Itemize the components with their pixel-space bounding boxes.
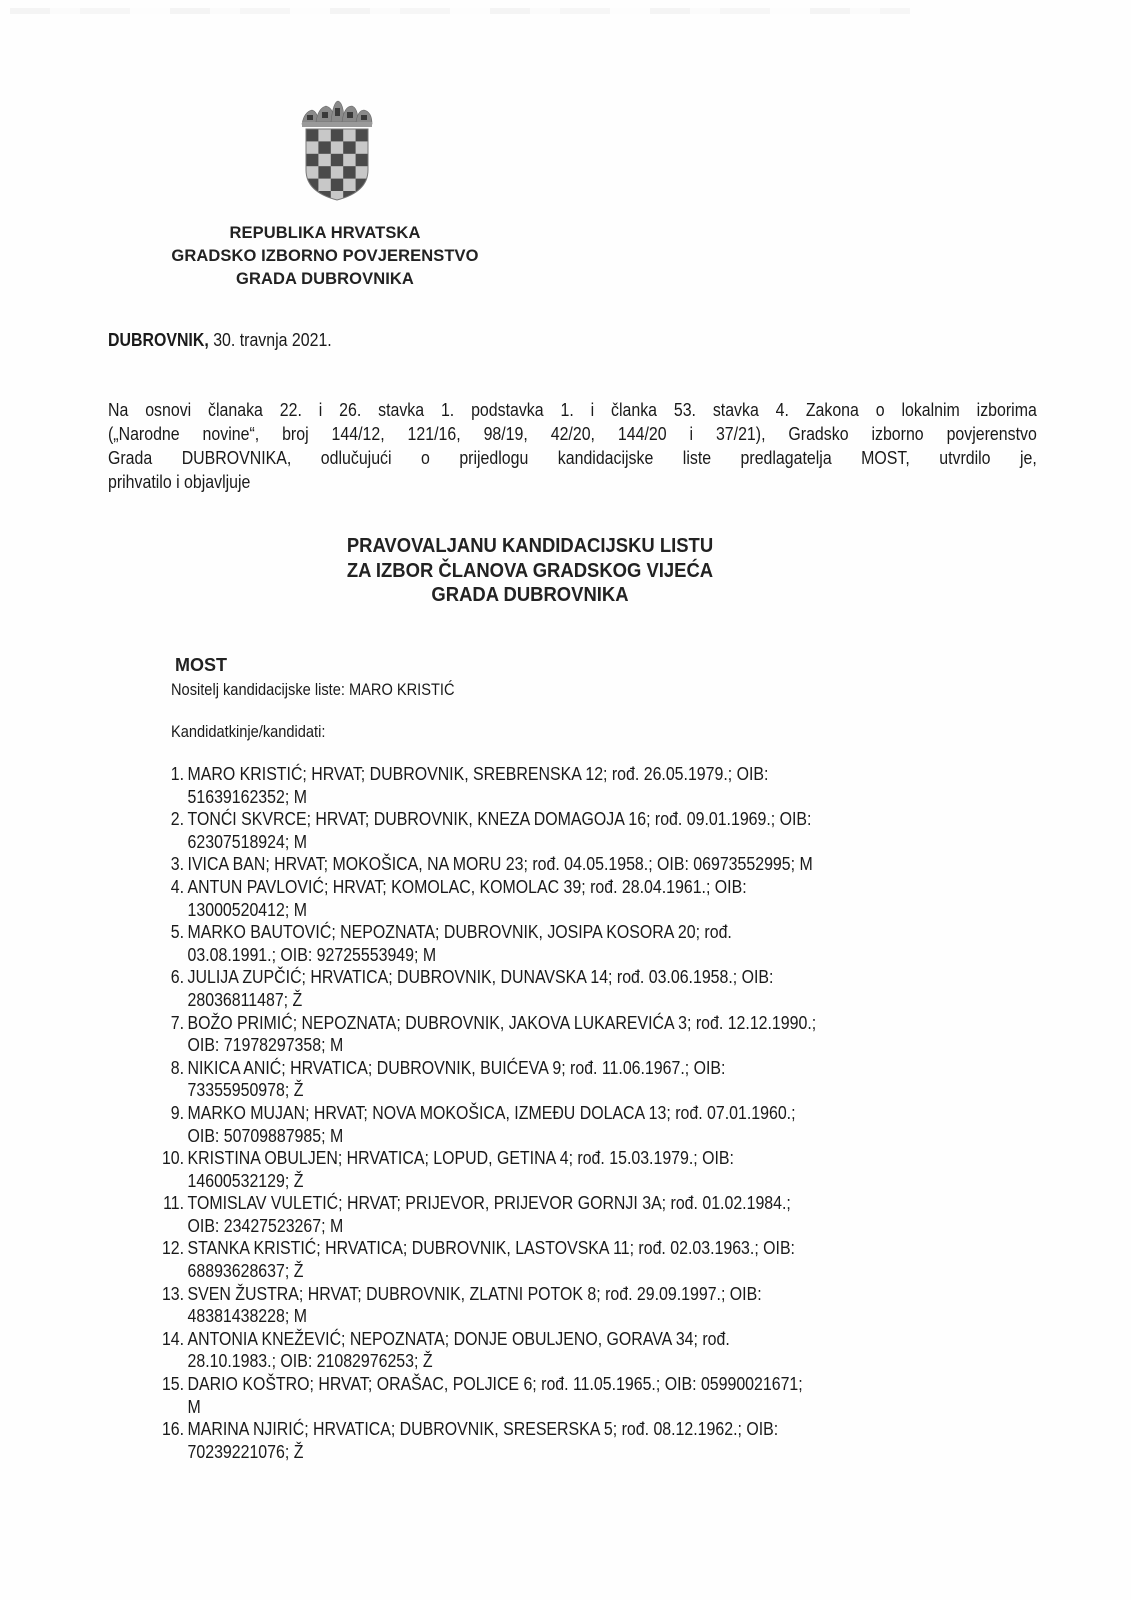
candidate-details: OIB: 23427523267; M (188, 1215, 1020, 1238)
candidate-details: BOŽO PRIMIĆ; NEPOZNATA; DUBROVNIK, JAKOV… (188, 1012, 1020, 1035)
candidate-details: TOMISLAV VULETIĆ; HRVAT; PRIJEVOR, PRIJE… (188, 1192, 1020, 1215)
header-line-country: REPUBLIKA HRVATSKA (140, 222, 510, 245)
document-page: REPUBLIKA HRVATSKA GRADSKO IZBORNO POVJE… (0, 0, 1131, 1600)
candidate-details: MARKO BAUTOVIĆ; NEPOZNATA; DUBROVNIK, JO… (188, 921, 1020, 944)
candidate-number: 6. (160, 966, 184, 989)
candidate-entry: 3.IVICA BAN; HRVAT; MOKOŠICA, NA MORU 23… (160, 853, 1020, 876)
candidate-details: MARO KRISTIĆ; HRVAT; DUBROVNIK, SREBRENS… (188, 763, 1020, 786)
candidate-details: STANKA KRISTIĆ; HRVATICA; DUBROVNIK, LAS… (188, 1237, 1020, 1260)
candidate-number: 13. (160, 1283, 184, 1306)
candidate-details: NIKICA ANIĆ; HRVATICA; DUBROVNIK, BUIĆEV… (188, 1057, 1020, 1080)
header-line-city: GRADA DUBROVNIKA (140, 268, 510, 291)
candidates-label: Kandidatkinje/kandidati: (171, 722, 325, 742)
candidate-number: 16. (160, 1418, 184, 1441)
title-line: PRAVOVALJANU KANDIDACIJSKU LISTU (323, 534, 737, 559)
croatian-coat-of-arms-icon (298, 100, 376, 202)
header-line-commission: GRADSKO IZBORNO POVJERENSTVO (140, 245, 510, 268)
candidate-number: 2. (160, 808, 184, 831)
candidate-details: 73355950978; Ž (188, 1079, 1020, 1102)
title-line: GRADA DUBROVNIKA (323, 583, 737, 608)
candidate-details: KRISTINA OBULJEN; HRVATICA; LOPUD, GETIN… (188, 1147, 1020, 1170)
candidate-entry: 7.BOŽO PRIMIĆ; NEPOZNATA; DUBROVNIK, JAK… (160, 1012, 1020, 1057)
intro-line: („Narodne novine“, broj 144/12, 121/16, … (108, 422, 1037, 446)
candidate-entry: 6.JULIJA ZUPČIĆ; HRVATICA; DUBROVNIK, DU… (160, 966, 1020, 1011)
candidate-details: 51639162352; M (188, 786, 1020, 809)
candidate-details: DARIO KOŠTRO; HRVAT; ORAŠAC, POLJICE 6; … (188, 1373, 1020, 1396)
candidate-number: 4. (160, 876, 184, 899)
candidate-entry: 14.ANTONIA KNEŽEVIĆ; NEPOZNATA; DONJE OB… (160, 1328, 1020, 1373)
candidate-details: 62307518924; M (188, 831, 1020, 854)
candidate-number: 15. (160, 1373, 184, 1396)
dateline-date: 30. travnja 2021. (209, 329, 332, 350)
party-name: MOST (175, 655, 227, 676)
scan-artifact (10, 8, 910, 14)
candidate-details: SVEN ŽUSTRA; HRVAT; DUBROVNIK, ZLATNI PO… (188, 1283, 1020, 1306)
candidate-entry: 16.MARINA NJIRIĆ; HRVATICA; DUBROVNIK, S… (160, 1418, 1020, 1463)
candidate-number: 9. (160, 1102, 184, 1125)
candidate-entry: 12.STANKA KRISTIĆ; HRVATICA; DUBROVNIK, … (160, 1237, 1020, 1282)
candidate-details: MARKO MUJAN; HRVAT; NOVA MOKOŠICA, IZMEĐ… (188, 1102, 1020, 1125)
candidate-details: OIB: 71978297358; M (188, 1034, 1020, 1057)
candidate-number: 12. (160, 1237, 184, 1260)
candidate-details: 03.08.1991.; OIB: 92725553949; M (188, 944, 1020, 967)
candidate-details: 13000520412; M (188, 899, 1020, 922)
title-line: ZA IZBOR ČLANOVA GRADSKOG VIJEĆA (323, 559, 737, 584)
document-title: PRAVOVALJANU KANDIDACIJSKU LISTU ZA IZBO… (300, 534, 760, 608)
candidate-list: 1.MARO KRISTIĆ; HRVAT; DUBROVNIK, SREBRE… (160, 763, 1020, 1463)
candidate-number: 5. (160, 921, 184, 944)
intro-line: Grada DUBROVNIKA, odlučujući o prijedlog… (108, 446, 1037, 470)
candidate-number: 10. (160, 1147, 184, 1170)
candidate-details: 28.10.1983.; OIB: 21082976253; Ž (188, 1350, 1020, 1373)
candidate-details: IVICA BAN; HRVAT; MOKOŠICA, NA MORU 23; … (188, 853, 1020, 876)
candidate-entry: 15.DARIO KOŠTRO; HRVAT; ORAŠAC, POLJICE … (160, 1373, 1020, 1418)
intro-line: prihvatilo i objavljuje (108, 470, 1037, 494)
intro-line: Na osnovi članaka 22. i 26. stavka 1. po… (108, 398, 1037, 422)
candidate-entry: 8.NIKICA ANIĆ; HRVATICA; DUBROVNIK, BUIĆ… (160, 1057, 1020, 1102)
candidate-details: MARINA NJIRIĆ; HRVATICA; DUBROVNIK, SRES… (188, 1418, 1020, 1441)
candidate-entry: 4.ANTUN PAVLOVIĆ; HRVAT; KOMOLAC, KOMOLA… (160, 876, 1020, 921)
candidate-entry: 11.TOMISLAV VULETIĆ; HRVAT; PRIJEVOR, PR… (160, 1192, 1020, 1237)
candidate-number: 3. (160, 853, 184, 876)
candidate-details: ANTONIA KNEŽEVIĆ; NEPOZNATA; DONJE OBULJ… (188, 1328, 1020, 1351)
candidate-details: ANTUN PAVLOVIĆ; HRVAT; KOMOLAC, KOMOLAC … (188, 876, 1020, 899)
candidate-number: 14. (160, 1328, 184, 1351)
candidate-details: 70239221076; Ž (188, 1441, 1020, 1464)
candidate-details: TONĆI SKVRCE; HRVAT; DUBROVNIK, KNEZA DO… (188, 808, 1020, 831)
candidate-entry: 10.KRISTINA OBULJEN; HRVATICA; LOPUD, GE… (160, 1147, 1020, 1192)
candidate-entry: 13.SVEN ŽUSTRA; HRVAT; DUBROVNIK, ZLATNI… (160, 1283, 1020, 1328)
candidate-number: 11. (160, 1192, 184, 1215)
issuing-authority-header: REPUBLIKA HRVATSKA GRADSKO IZBORNO POVJE… (140, 222, 510, 291)
candidate-entry: 9.MARKO MUJAN; HRVAT; NOVA MOKOŠICA, IZM… (160, 1102, 1020, 1147)
list-holder: Nositelj kandidacijske liste: MARO KRIST… (171, 680, 455, 700)
candidate-details: 68893628637; Ž (188, 1260, 1020, 1283)
candidate-entry: 2.TONĆI SKVRCE; HRVAT; DUBROVNIK, KNEZA … (160, 808, 1020, 853)
candidate-details: M (188, 1396, 1020, 1419)
candidate-entry: 1.MARO KRISTIĆ; HRVAT; DUBROVNIK, SREBRE… (160, 763, 1020, 808)
candidate-details: 14600532129; Ž (188, 1170, 1020, 1193)
candidate-details: 28036811487; Ž (188, 989, 1020, 1012)
candidate-details: OIB: 50709887985; M (188, 1125, 1020, 1148)
dateline-place: DUBROVNIK, (108, 329, 209, 350)
candidate-details: 48381438228; M (188, 1305, 1020, 1328)
candidate-entry: 5.MARKO BAUTOVIĆ; NEPOZNATA; DUBROVNIK, … (160, 921, 1020, 966)
dateline: DUBROVNIK, 30. travnja 2021. (108, 329, 332, 351)
candidate-number: 7. (160, 1012, 184, 1035)
candidate-number: 1. (160, 763, 184, 786)
intro-paragraph: Na osnovi članaka 22. i 26. stavka 1. po… (108, 398, 1037, 494)
candidate-details: JULIJA ZUPČIĆ; HRVATICA; DUBROVNIK, DUNA… (188, 966, 1020, 989)
candidate-number: 8. (160, 1057, 184, 1080)
